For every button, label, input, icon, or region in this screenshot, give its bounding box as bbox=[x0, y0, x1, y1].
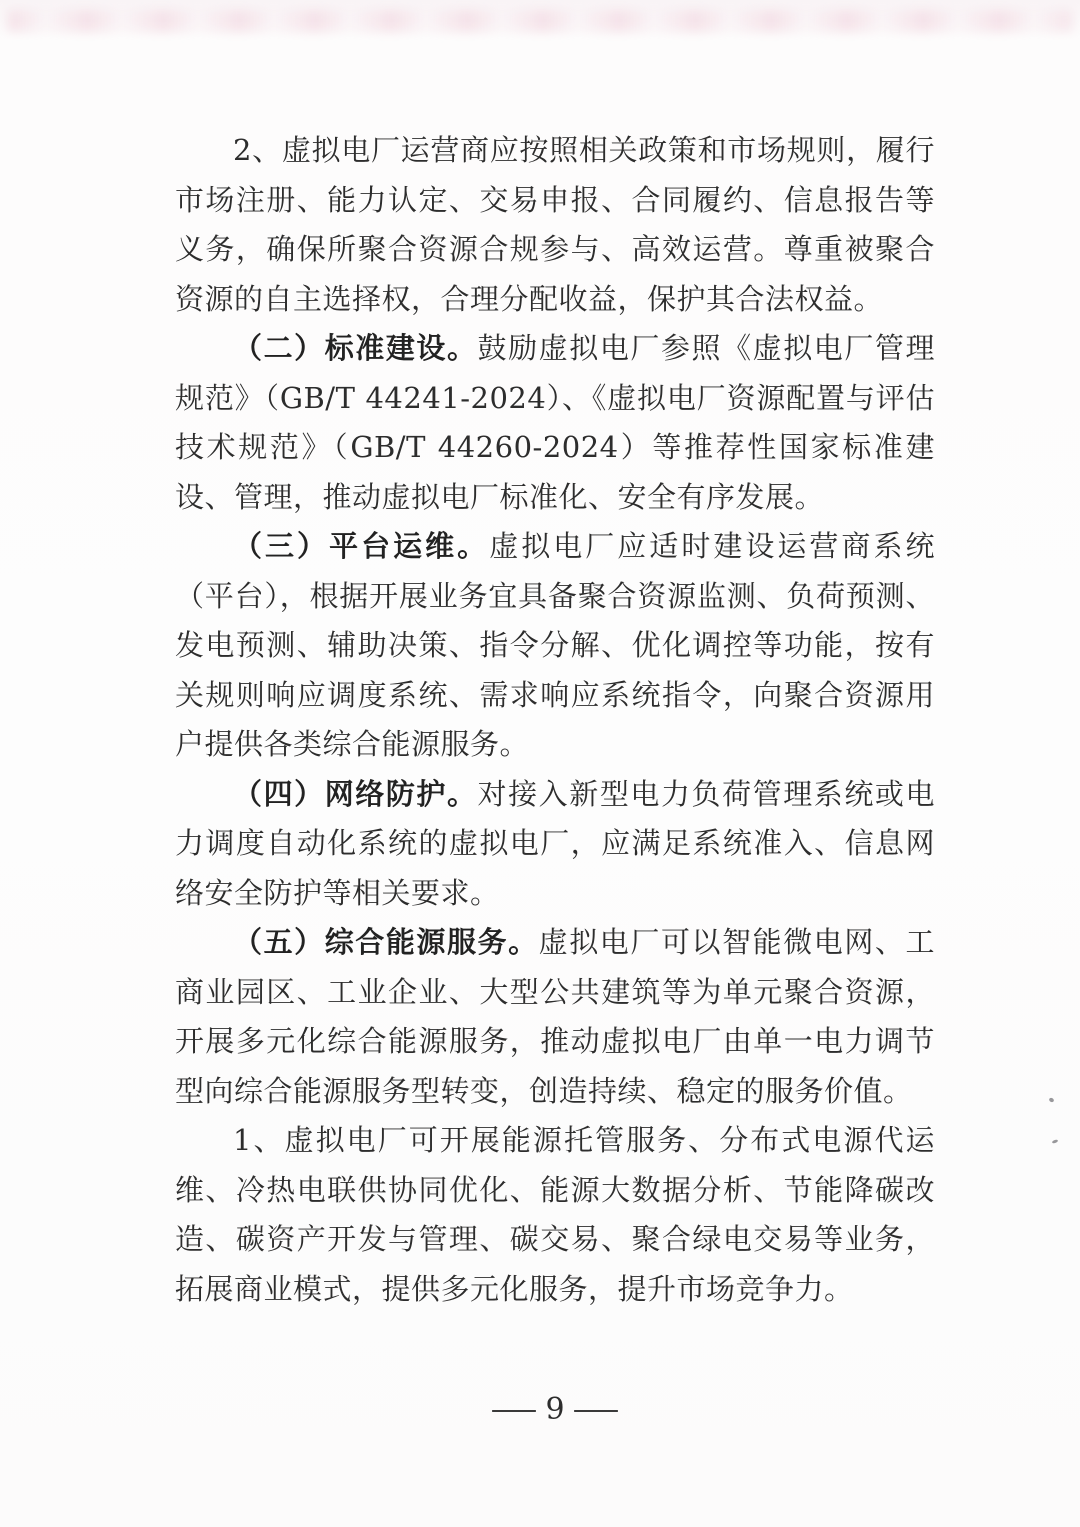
section-heading: （二）标准建设。 bbox=[233, 331, 478, 365]
paragraph-text: 1、虚拟电厂可开展能源托管服务、分布式电源代运维、冷热电联供协同优化、能源大数据… bbox=[175, 1123, 935, 1306]
paragraph: （五）综合能源服务。虚拟电厂可以智能微电网、工商业园区、工业企业、大型公共建筑等… bbox=[175, 918, 935, 1116]
document-page: 2、虚拟电厂运营商应按照相关政策和市场规则，履行市场注册、能力认定、交易申报、合… bbox=[0, 0, 1080, 1527]
paragraph-text: 2、虚拟电厂运营商应按照相关政策和市场规则，履行市场注册、能力认定、交易申报、合… bbox=[175, 133, 935, 316]
footer-dash-left: — bbox=[490, 1392, 538, 1427]
scan-speck bbox=[1052, 1139, 1059, 1144]
paragraph-text: 虚拟电厂应适时建设运营商系统（平台），根据开展业务宜具备聚合资源监测、负荷预测、… bbox=[175, 529, 935, 761]
paragraph: （四）网络防护。对接入新型电力负荷管理系统或电力调度自动化系统的虚拟电厂，应满足… bbox=[175, 770, 935, 919]
paragraph: （三）平台运维。虚拟电厂应适时建设运营商系统（平台），根据开展业务宜具备聚合资源… bbox=[175, 522, 935, 770]
paragraph: 2、虚拟电厂运营商应按照相关政策和市场规则，履行市场注册、能力认定、交易申报、合… bbox=[175, 126, 935, 324]
section-heading: （四）网络防护。 bbox=[233, 777, 478, 811]
section-heading: （三）平台运维。 bbox=[233, 529, 489, 563]
section-heading: （五）综合能源服务。 bbox=[233, 925, 539, 959]
document-body: 2、虚拟电厂运营商应按照相关政策和市场规则，履行市场注册、能力认定、交易申报、合… bbox=[175, 0, 935, 1314]
page-number: 9 bbox=[545, 1392, 564, 1427]
paragraph: 1、虚拟电厂可开展能源托管服务、分布式电源代运维、冷热电联供协同优化、能源大数据… bbox=[175, 1116, 935, 1314]
paragraph: （二）标准建设。鼓励虚拟电厂参照《虚拟电厂管理规范》（GB/T 44241-20… bbox=[175, 324, 935, 522]
scan-speck bbox=[1048, 1097, 1054, 1103]
footer-dash-right: — bbox=[572, 1392, 620, 1427]
page-footer: —9— bbox=[175, 1392, 935, 1427]
